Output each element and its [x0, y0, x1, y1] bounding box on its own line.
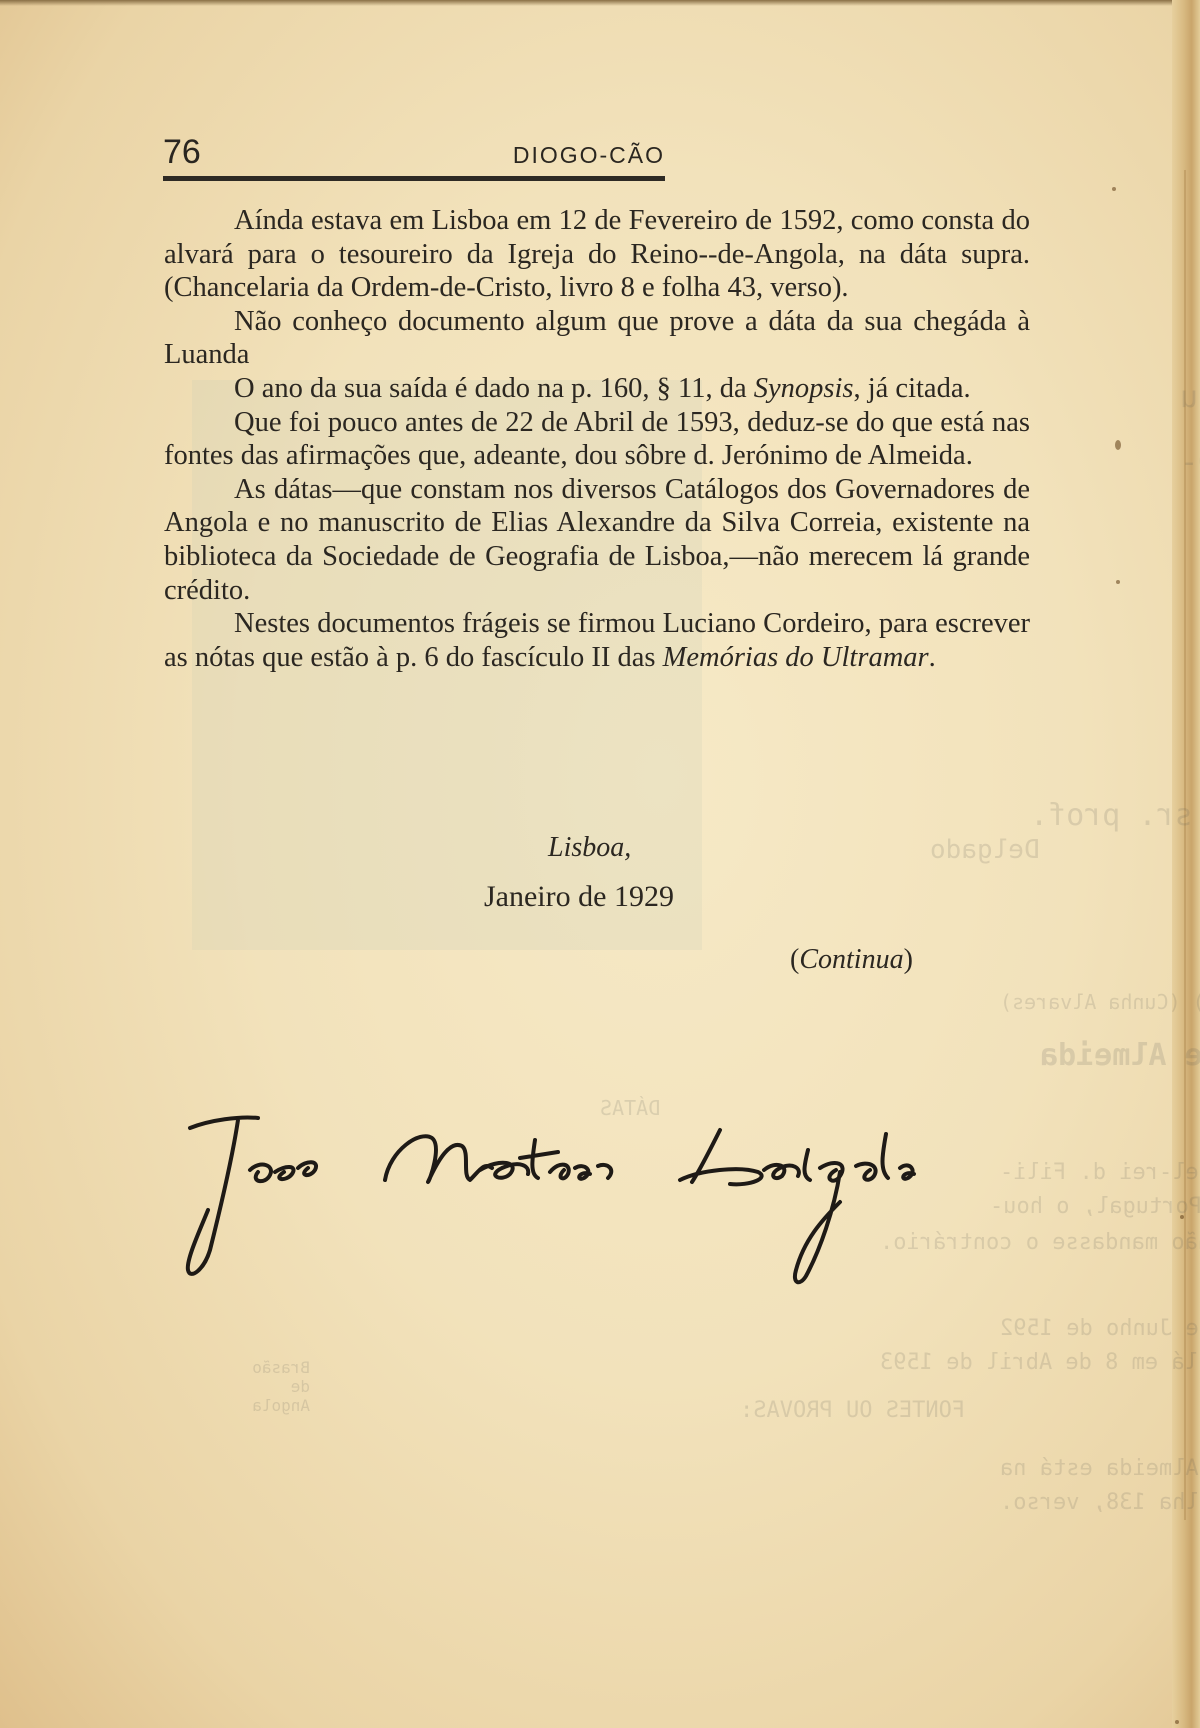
paragraph-chegada: Não conheço documento algum que prove a … — [164, 305, 1030, 372]
speck — [1175, 1720, 1179, 1724]
paragraph-ano-text: O ano da sua saída é dado na p. 160, § 1… — [234, 373, 754, 404]
paragraph-ano-saida: O ano da sua saída é dado na p. 160, § 1… — [164, 372, 1030, 406]
bleed-upper-right-2: LISTA DOS GO- — [1180, 445, 1200, 480]
bleed-line-8: FONTES OU PROVAS: — [740, 1398, 965, 1423]
continua-note: (Continua) — [790, 944, 913, 976]
paragraph-abril: Que foi pouco antes de 22 de Abril de 15… — [164, 406, 1030, 473]
bleed-margin-note: Brasão de Angola — [240, 1358, 310, 1415]
header-rule — [163, 176, 665, 181]
synopsis-title: Synopsis — [754, 373, 854, 404]
bleed-line-3: ... nove de Janeiro de 1592, enquanto el… — [1000, 1160, 1200, 1185]
continua-paren-open: ( — [790, 944, 799, 975]
bleed-upper-right-3: Pelo sr. prof. — [1030, 798, 1200, 833]
body-text: Aínda estava em Lisboa em 12 de Fevereir… — [164, 204, 1030, 674]
closing-date: Janeiro de 1929 — [484, 880, 674, 914]
bleed-line-0: (Cont. da pág. 11) (Cunha Alvares) — [1000, 990, 1200, 1014]
running-title: DIOGO-CÃO — [513, 142, 665, 169]
bleed-line-7: e saiu de lá em 8 de Abril de 1593 — [880, 1350, 1200, 1375]
closing-place: Lisboa, — [548, 832, 631, 864]
signature-icon — [180, 1110, 1010, 1290]
memorias-title: Memórias do Ultramar — [663, 642, 929, 673]
page-header: 76 DIOGO-CÃO — [163, 132, 665, 182]
speck — [1112, 187, 1116, 191]
top-shadow — [0, 0, 1200, 6]
paragraph-nestes: Nestes documentos frágeis se firmou Luci… — [164, 607, 1030, 674]
paragraph-lisboa: Aínda estava em Lisboa em 12 de Fevereir… — [164, 204, 1030, 305]
bleed-line-6: Chegou à Luanda em 24 de Junho de 1592 — [1000, 1316, 1200, 1341]
handwritten-signature — [180, 1110, 1010, 1290]
continua-word: Continua — [799, 944, 903, 975]
paragraph-ano-text-end: , já citada. — [853, 373, 970, 404]
bleed-line-10: Chancelaria de d. Filipe I, livro 23, a … — [1000, 1490, 1200, 1515]
speck — [1115, 440, 1121, 450]
bleed-upper-right-1: CATÁLOGO ou — [1180, 380, 1200, 415]
scanned-page: CATÁLOGO ou LISTA DOS GO- Pelo sr. prof.… — [0, 0, 1200, 1728]
bleed-line-9: A patente do gov. d. Francisco de Almeid… — [1000, 1456, 1200, 1481]
page-number: 76 — [163, 132, 201, 172]
paragraph-datas: As dátas—que constam nos diversos Catálo… — [164, 473, 1030, 607]
speck — [1180, 1215, 1184, 1219]
paragraph-nestes-text-end: . — [929, 642, 936, 673]
speck — [1116, 580, 1120, 584]
bleed-line-4: pe II — de Espanha e I — de Portugal, o … — [990, 1194, 1200, 1219]
bleed-upper-right-4: Delgado — [930, 835, 1040, 865]
continua-paren-close: ) — [904, 944, 913, 975]
bleed-line-1: 14 — Dom Francisco de Almeida — [1040, 1038, 1200, 1073]
